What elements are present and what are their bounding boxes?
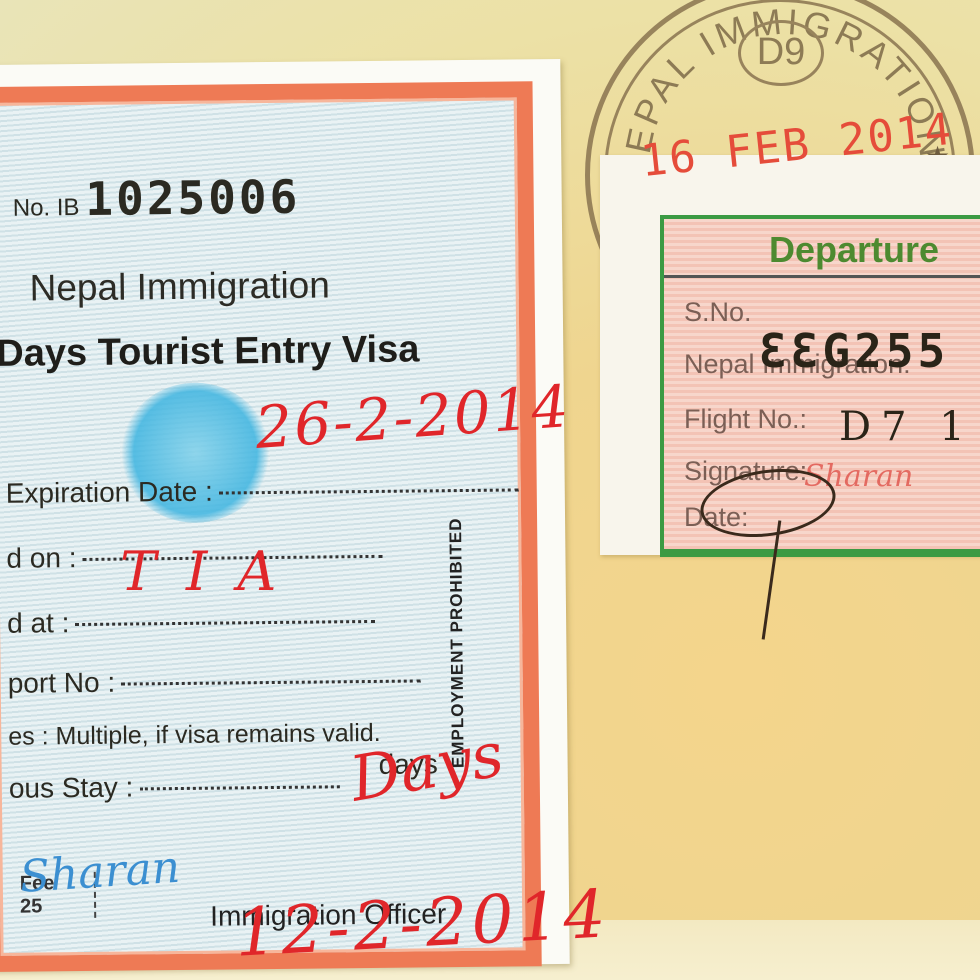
divider (664, 275, 980, 278)
visa-sticker: No. IB1025006 Nepal Immigration Days Tou… (0, 59, 570, 970)
handwritten-issued-at: TIA (120, 540, 306, 603)
serial-number: 1025006 (85, 170, 300, 226)
visa-serial: No. IB1025006 (12, 170, 300, 227)
serial-label: S.No. (684, 297, 752, 328)
entries-field: es : Multiple, if visa remains valid. (8, 719, 381, 752)
issued-at-field: d at : (7, 604, 376, 640)
flight-number: D7 1 (839, 404, 975, 450)
flight-label: Flight No.: (684, 404, 807, 435)
expiration-field: Expiration Date : (6, 472, 519, 509)
previous-stay-field: ous Stay : (9, 769, 340, 804)
passport-field: port No : (8, 663, 422, 699)
stamp-code: D9 (738, 20, 824, 86)
holder-signature: Sharan (18, 842, 181, 903)
departure-serial: ƐƐG255 (759, 324, 949, 378)
departure-title: Departure (769, 229, 939, 271)
issuer: Nepal Immigration (29, 264, 330, 309)
serial-prefix: No. IB (13, 194, 80, 222)
visa-type: Days Tourist Entry Visa (0, 328, 420, 375)
visa-border: No. IB1025006 Nepal Immigration Days Tou… (0, 81, 542, 972)
